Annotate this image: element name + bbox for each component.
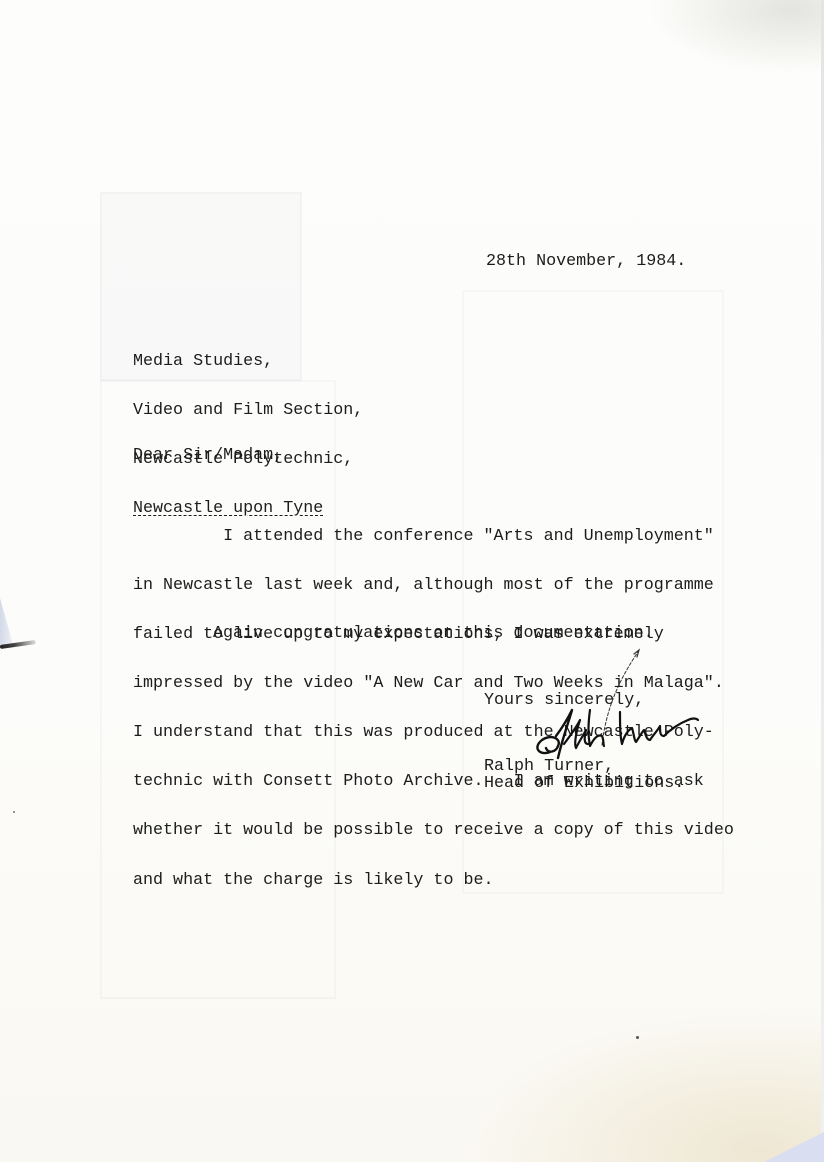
paper-corner [764, 1132, 824, 1162]
letter-page: ​ ​ 28th November, 1984. Media Studies, … [0, 0, 824, 1162]
body-line: and what the charge is likely to be. [133, 873, 734, 889]
body-line: whether it would be possible to receive … [133, 823, 734, 839]
body-line: I attended the conference "Arts and Unem… [133, 529, 734, 545]
body-line: in Newcastle last week and, although mos… [133, 578, 734, 594]
address-line: Video and Film Section, [133, 403, 363, 419]
body-line: impressed by the video "A New Car and Tw… [133, 676, 734, 692]
ink-speck [13, 811, 15, 813]
salutation: Dear Sir/Madam, [133, 448, 283, 464]
signer-title: Head of Exhibitions. [484, 776, 684, 792]
paper-fold [0, 598, 14, 648]
ink-speck [636, 1036, 639, 1039]
signoff: Yours sincerely, [484, 693, 644, 709]
letter-date: 28th November, 1984. [486, 254, 686, 270]
address-line: Media Studies, [133, 354, 363, 370]
signer-name: Ralph Turner, [484, 759, 614, 775]
closing-paragraph: Again congratulations on this documentat… [213, 626, 654, 642]
body-line: I understand that this was produced at t… [133, 725, 734, 741]
